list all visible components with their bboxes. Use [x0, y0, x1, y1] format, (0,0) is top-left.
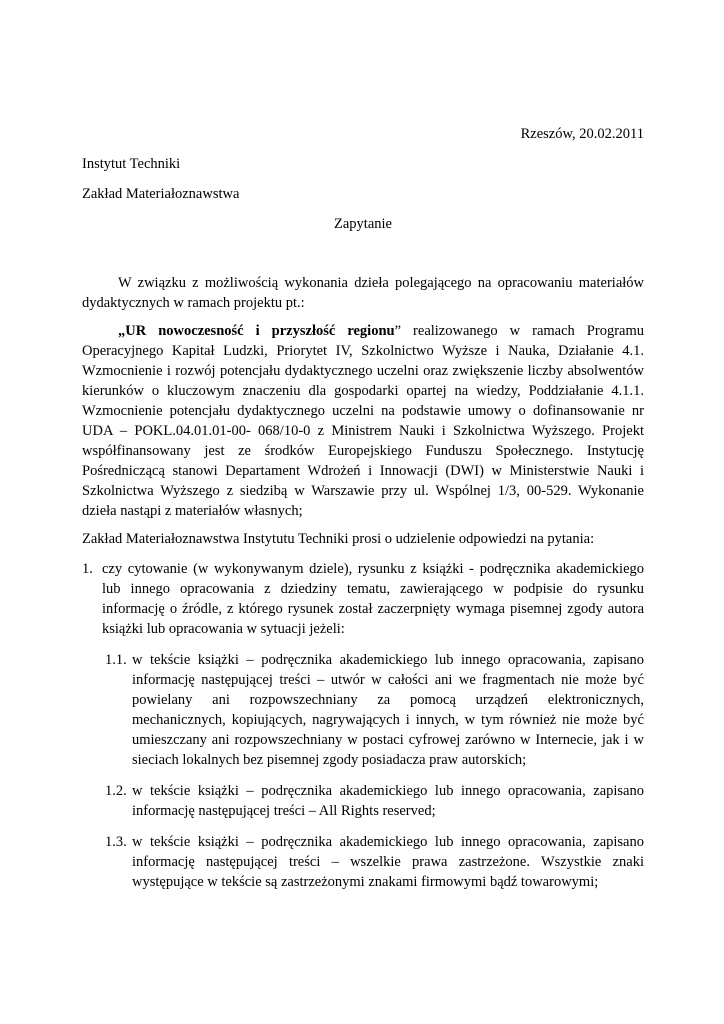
document-title: Zapytanie	[82, 214, 644, 234]
sender-department: Zakład Materiałoznawstwa	[82, 184, 644, 204]
sender-institute: Instytut Techniki	[82, 154, 644, 174]
subitem-1-3-number: 1.3.	[105, 832, 127, 852]
document-page: Rzeszów, 20.02.2011 Instytut Techniki Za…	[0, 0, 724, 1024]
question-subitem-1-3: 1.3. w tekście książki – podręcznika aka…	[82, 832, 644, 892]
question-subitem-1-1: 1.1. w tekście książki – podręcznika aka…	[82, 650, 644, 770]
question-1-number: 1.	[82, 559, 93, 579]
intro-paragraph: W związku z możliwością wykonania dzieła…	[82, 273, 644, 313]
request-line: Zakład Materiałoznawstwa Instytutu Techn…	[82, 529, 644, 549]
question-item-1: 1. czy cytowanie (w wykonywanym dziele),…	[82, 559, 644, 639]
subitem-1-3-text: w tekście książki – podręcznika akademic…	[132, 834, 644, 890]
subitem-1-2-number: 1.2.	[105, 781, 127, 801]
project-paragraph: „UR nowoczesność i przyszłość regionu” r…	[82, 321, 644, 521]
subitem-1-1-text: w tekście książki – podręcznika akademic…	[132, 652, 644, 768]
question-subitem-1-2: 1.2. w tekście książki – podręcznika aka…	[82, 781, 644, 821]
project-title-bold: „UR nowoczesność i przyszłość regionu	[118, 323, 395, 339]
question-1-text: czy cytowanie (w wykonywanym dziele), ry…	[102, 561, 644, 637]
subitem-1-1-number: 1.1.	[105, 650, 127, 670]
date-line: Rzeszów, 20.02.2011	[82, 124, 644, 144]
subitem-1-2-text: w tekście książki – podręcznika akademic…	[132, 783, 644, 819]
project-description-text: ” realizowanego w ramach Programu Operac…	[82, 323, 644, 519]
